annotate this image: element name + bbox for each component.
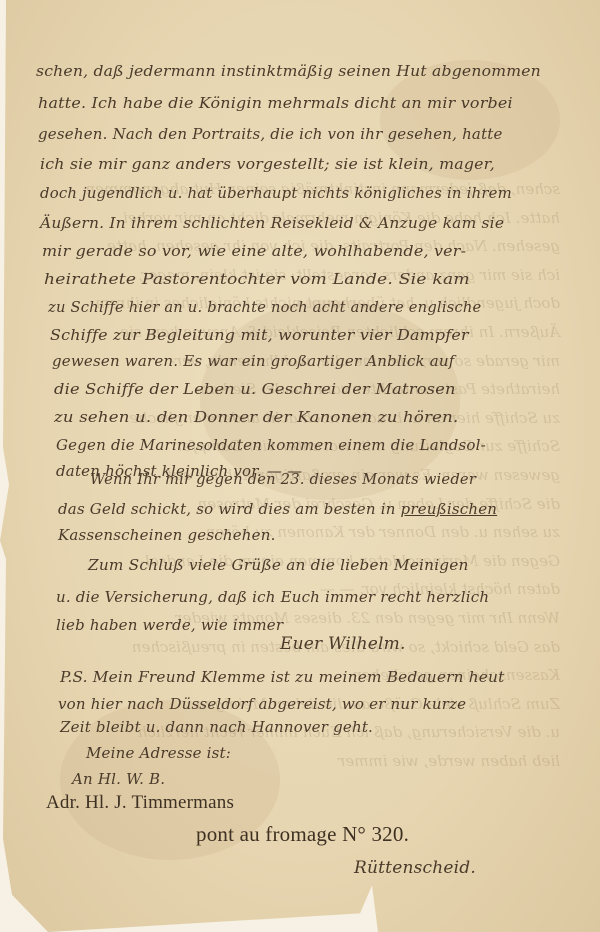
text-line: Meine Adresse ist: [86,744,231,762]
text-line: Wenn Ihr mir gegen den 23. dieses Monats… [90,470,476,488]
text-line: P.S. Mein Freund Klemme ist zu meinem Be… [60,668,504,686]
text-line: Schiffe zur Begleitung mit, worunter vie… [50,326,469,344]
place-name: Rüttenscheid. [354,858,476,878]
text-line: u. die Versicherung, daß ich Euch immer … [56,588,489,606]
underlined-word: preußischen [401,500,498,518]
text-line: doch jugendlich u. hat überhaupt nichts … [40,184,512,202]
text-line: mir gerade so vor, wie eine alte, wohlha… [42,242,466,260]
text-line: heirathete Pastorentochter vom Lande. Si… [44,270,470,288]
text-line: schen, daß jedermann instinktmäßig seine… [36,62,541,80]
text-line: hatte. Ich habe die Königin mehrmals dic… [38,94,513,112]
text-line: gesehen. Nach den Portraits, die ich von… [38,125,503,143]
text-line: Äußern. In ihrem schlichten Reisekleid &… [40,214,504,232]
address-street: pont au fromage N° 320. [196,822,409,847]
text-line: ich sie mir ganz anders vorgestellt; sie… [40,155,495,173]
text-line: zu Schiffe hier an u. brachte noch acht … [48,298,481,316]
address-line: Adr. Hl. J. Timmermans [46,792,234,814]
signature: Euer Wilhelm. [280,634,406,654]
text-line: Kassenscheinen geschehen. [58,526,276,544]
text-line: die Schiffe der Leben u. Geschrei der Ma… [54,380,456,398]
text-line: An Hl. W. B. [72,770,165,788]
text-line: von hier nach Düsseldorf abgereist, wo e… [58,695,466,713]
text-line: Zum Schluß viele Grüße an die lieben Mei… [88,556,469,574]
text-line: zu sehen u. den Donner der Kanonen zu hö… [54,408,458,426]
text-line: lieb haben werde, wie immer [56,616,283,634]
text-line: Gegen die Marinesoldaten kommen einem di… [56,436,486,454]
text-line: das Geld schickt, so wird dies am besten… [58,500,497,518]
text-line: Zeit bleibt u. dann nach Hannover geht. [60,718,373,736]
text-line: gewesen waren. Es war ein großartiger An… [52,352,455,370]
